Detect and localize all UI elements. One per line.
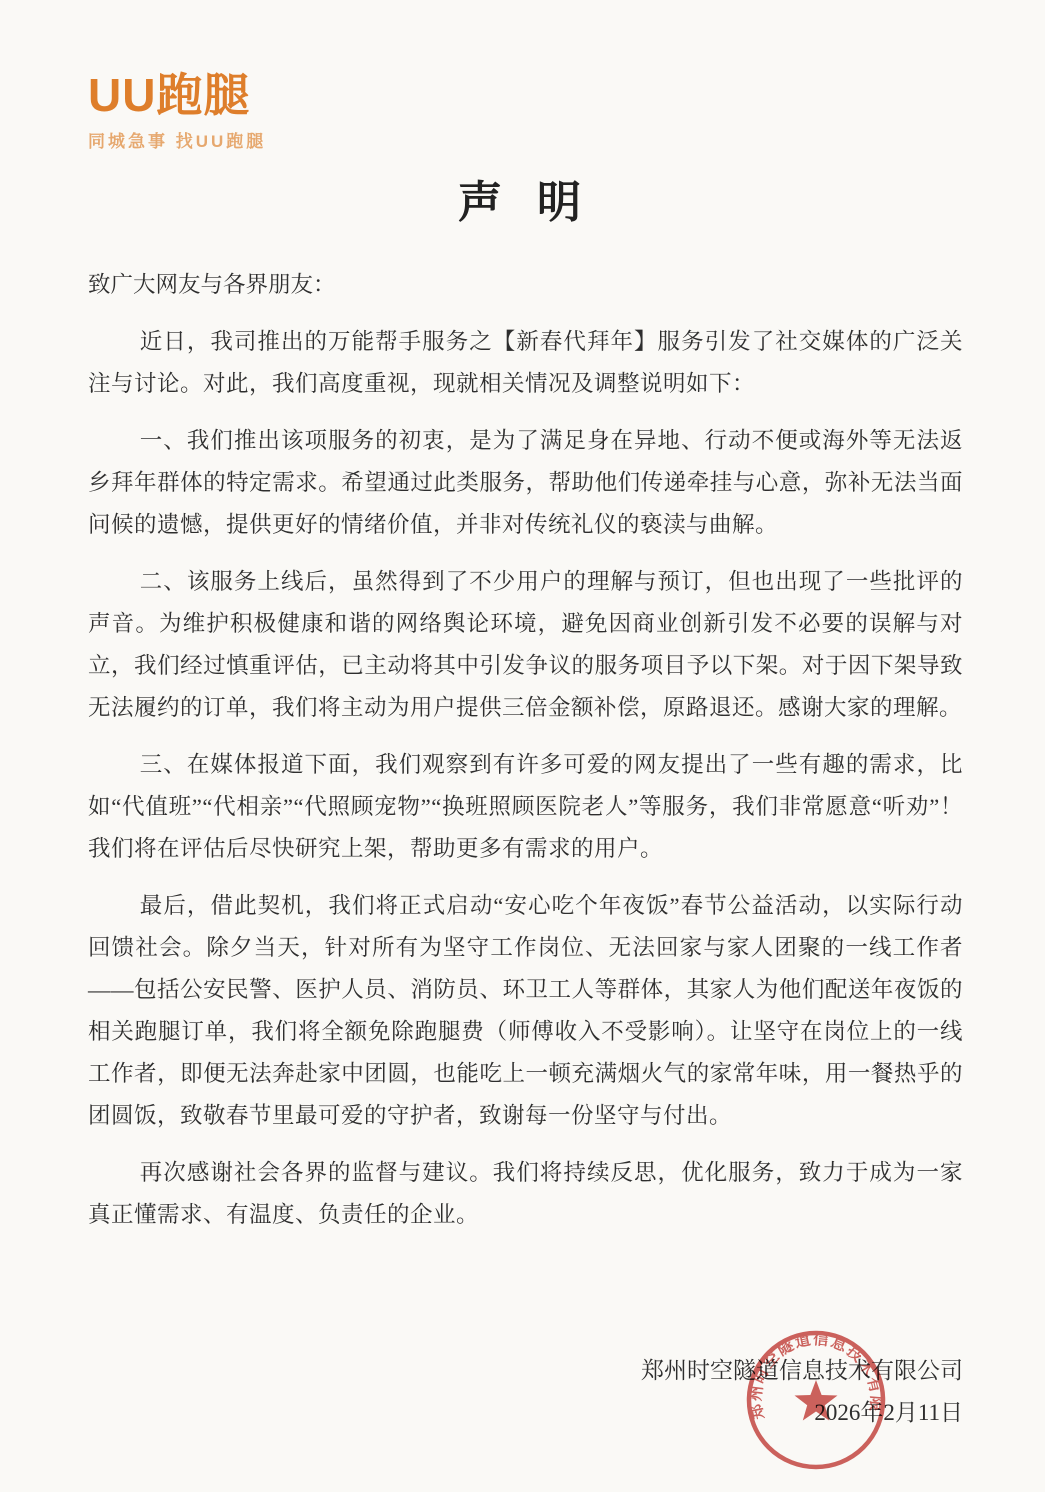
paragraph-5: 最后，借此契机，我们将正式启动“安心吃个年夜饭”春节公益活动，以实际行动回馈社会… <box>88 885 963 1137</box>
statement-document: UU跑腿 同城急事 找UU跑腿 声 明 致广大网友与各界朋友： 近日，我司推出的… <box>0 0 1045 1492</box>
salutation: 致广大网友与各界朋友： <box>88 264 963 306</box>
logo-tagline: 同城急事 找UU跑腿 <box>88 127 963 152</box>
paragraph-4: 三、在媒体报道下面，我们观察到有许多可爱的网友提出了一些有趣的需求，比如“代值班… <box>88 744 963 870</box>
paragraph-6: 再次感谢社会各界的监督与建议。我们将持续反思，优化服务，致力于成为一家真正懂需求… <box>88 1152 963 1236</box>
company-logo: UU跑腿 同城急事 找UU跑腿 <box>88 70 963 152</box>
paragraph-3: 二、该服务上线后，虽然得到了不少用户的理解与预订，但也出现了一些批评的声音。为维… <box>88 561 963 729</box>
page-title: 声 明 <box>88 166 963 230</box>
signature-date: 2026年2月11日 <box>88 1392 963 1434</box>
signature-block: 郑州时空隧道信息技术有限公司 2026年2月11日 <box>88 1350 963 1434</box>
statement-body: 近日，我司推出的万能帮手服务之【新春代拜年】服务引发了社交媒体的广泛关注与讨论。… <box>88 321 963 1236</box>
logo-brand-text: UU跑腿 <box>88 70 963 121</box>
paragraph-2: 一、我们推出该项服务的初衷，是为了满足身在异地、行动不便或海外等无法返乡拜年群体… <box>88 420 963 546</box>
signature-company: 郑州时空隧道信息技术有限公司 <box>88 1350 963 1392</box>
paragraph-1: 近日，我司推出的万能帮手服务之【新春代拜年】服务引发了社交媒体的广泛关注与讨论。… <box>88 321 963 405</box>
